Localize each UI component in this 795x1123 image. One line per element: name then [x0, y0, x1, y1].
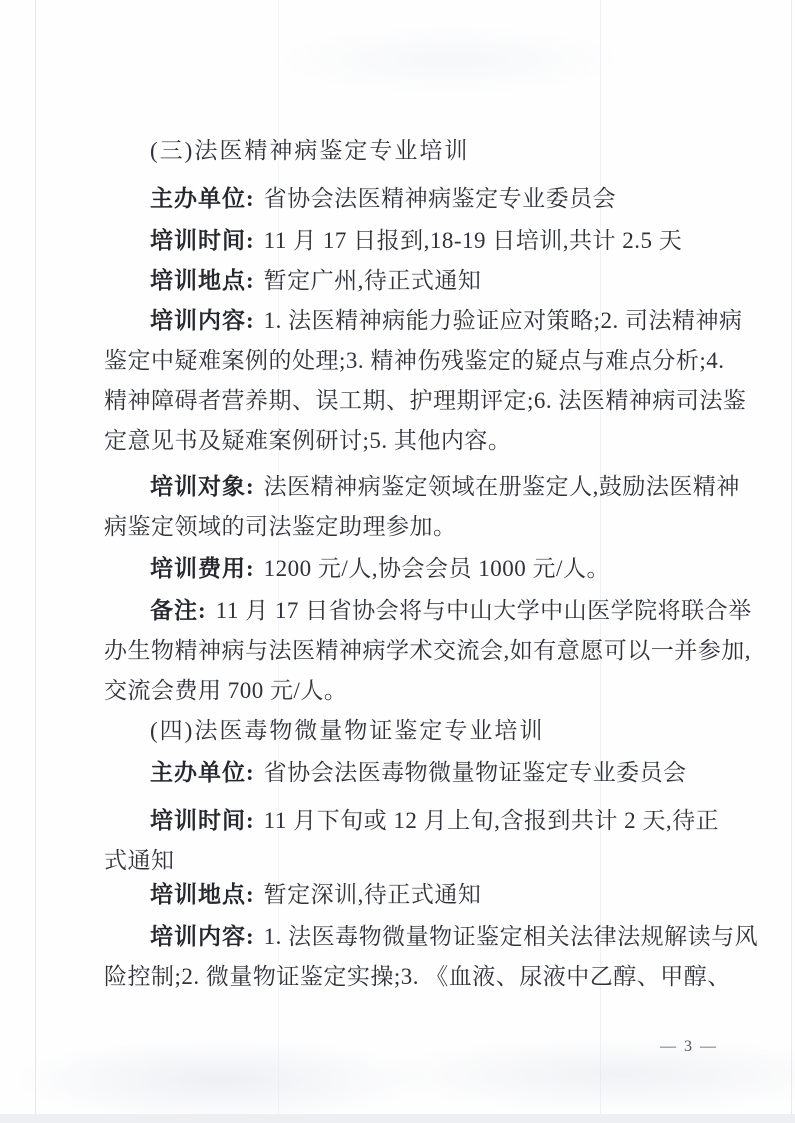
scan-artifact-line: [791, 0, 792, 1123]
text-line: 培训对象:法医精神病鉴定领域在册鉴定人,鼓励法医精神: [104, 467, 704, 507]
text-line: 主办单位:省协会法医毒物微量物证鉴定专业委员会: [104, 753, 704, 793]
field-label: 培训地点:: [150, 268, 255, 293]
text-line: 培训内容:1. 法医精神病能力验证应对策略;2. 司法精神病: [104, 301, 704, 341]
field-paragraph: 培训时间:11 月 17 日报到,18-19 日培训,共计 2.5 天: [104, 221, 704, 261]
field-paragraph: 培训时间:11 月下旬或 12 月上旬,含报到共计 2 天,待正式通知: [104, 801, 704, 881]
text-line: (四)法医毒物微量物证鉴定专业培训: [104, 711, 704, 751]
field-paragraph: 主办单位:省协会法医精神病鉴定专业委员会: [104, 179, 704, 219]
field-label: 培训对象:: [150, 474, 255, 499]
field-label: 备注:: [150, 598, 207, 623]
text-line: 交流会费用 700 元/人。: [104, 671, 704, 711]
text-line: 鉴定中疑难案例的处理;3. 精神伤残鉴定的疑点与难点分析;4.: [104, 341, 704, 381]
field-paragraph: 培训费用:1200 元/人,协会会员 1000 元/人。: [104, 549, 704, 589]
scan-artifact-line: [35, 0, 36, 1123]
text-line: 培训地点:暂定深训,待正式通知: [104, 875, 704, 915]
field-label: 培训费用:: [150, 556, 255, 581]
field-label: 培训时间:: [150, 808, 255, 833]
field-paragraph: 主办单位:省协会法医毒物微量物证鉴定专业委员会: [104, 753, 704, 793]
text-line: 备注:11 月 17 日省协会将与中山大学中山医学院将联合举: [104, 591, 704, 631]
field-paragraph: 培训地点:暂定深训,待正式通知: [104, 875, 704, 915]
field-label: 培训时间:: [150, 228, 255, 253]
field-paragraph: 培训地点:暂定广州,待正式通知: [104, 261, 704, 301]
section-heading: (四)法医毒物微量物证鉴定专业培训: [104, 711, 704, 751]
document-page: (三)法医精神病鉴定专业培训主办单位:省协会法医精神病鉴定专业委员会培训时间:1…: [0, 0, 795, 1123]
text-line: 办生物精神病与法医精神病学术交流会,如有意愿可以一并参加,: [104, 631, 704, 671]
text-line: 培训内容:1. 法医毒物微量物证鉴定相关法律法规解读与风: [104, 917, 704, 957]
text-line: 病鉴定领域的司法鉴定助理参加。: [104, 507, 704, 547]
document-text-block: (三)法医精神病鉴定专业培训主办单位:省协会法医精神病鉴定专业委员会培训时间:1…: [104, 131, 704, 997]
field-label: 主办单位:: [150, 186, 255, 211]
text-line: 培训费用:1200 元/人,协会会员 1000 元/人。: [104, 549, 704, 589]
field-paragraph: 培训对象:法医精神病鉴定领域在册鉴定人,鼓励法医精神病鉴定领域的司法鉴定助理参加…: [104, 467, 704, 547]
text-line: 培训时间:11 月下旬或 12 月上旬,含报到共计 2 天,待正: [104, 801, 704, 841]
text-line: 培训地点:暂定广州,待正式通知: [104, 261, 704, 301]
text-line: 培训时间:11 月 17 日报到,18-19 日培训,共计 2.5 天: [104, 221, 704, 261]
text-line: 精神障碍者营养期、误工期、护理期评定;6. 法医精神病司法鉴: [104, 381, 704, 421]
field-paragraph: 备注:11 月 17 日省协会将与中山大学中山医学院将联合举办生物精神病与法医精…: [104, 591, 704, 711]
section-heading: (三)法医精神病鉴定专业培训: [104, 131, 704, 171]
field-label: 培训地点:: [150, 882, 255, 907]
field-label: 主办单位:: [150, 760, 255, 785]
field-paragraph: 培训内容:1. 法医毒物微量物证鉴定相关法律法规解读与风险控制;2. 微量物证鉴…: [104, 917, 704, 997]
text-line: 定意见书及疑难案例研讨;5. 其他内容。: [104, 421, 704, 461]
scan-edge-shadow: [0, 1114, 795, 1123]
field-paragraph: 培训内容:1. 法医精神病能力验证应对策略;2. 司法精神病鉴定中疑难案例的处理…: [104, 301, 704, 461]
field-label: 培训内容:: [150, 308, 255, 333]
text-line: 险控制;2. 微量物证鉴定实操;3. 《血液、尿液中乙醇、甲醇、: [104, 957, 704, 997]
page-number: — 3 —: [660, 1038, 718, 1056]
field-label: 培训内容:: [150, 924, 255, 949]
text-line: (三)法医精神病鉴定专业培训: [104, 131, 704, 171]
text-line: 主办单位:省协会法医精神病鉴定专业委员会: [104, 179, 704, 219]
